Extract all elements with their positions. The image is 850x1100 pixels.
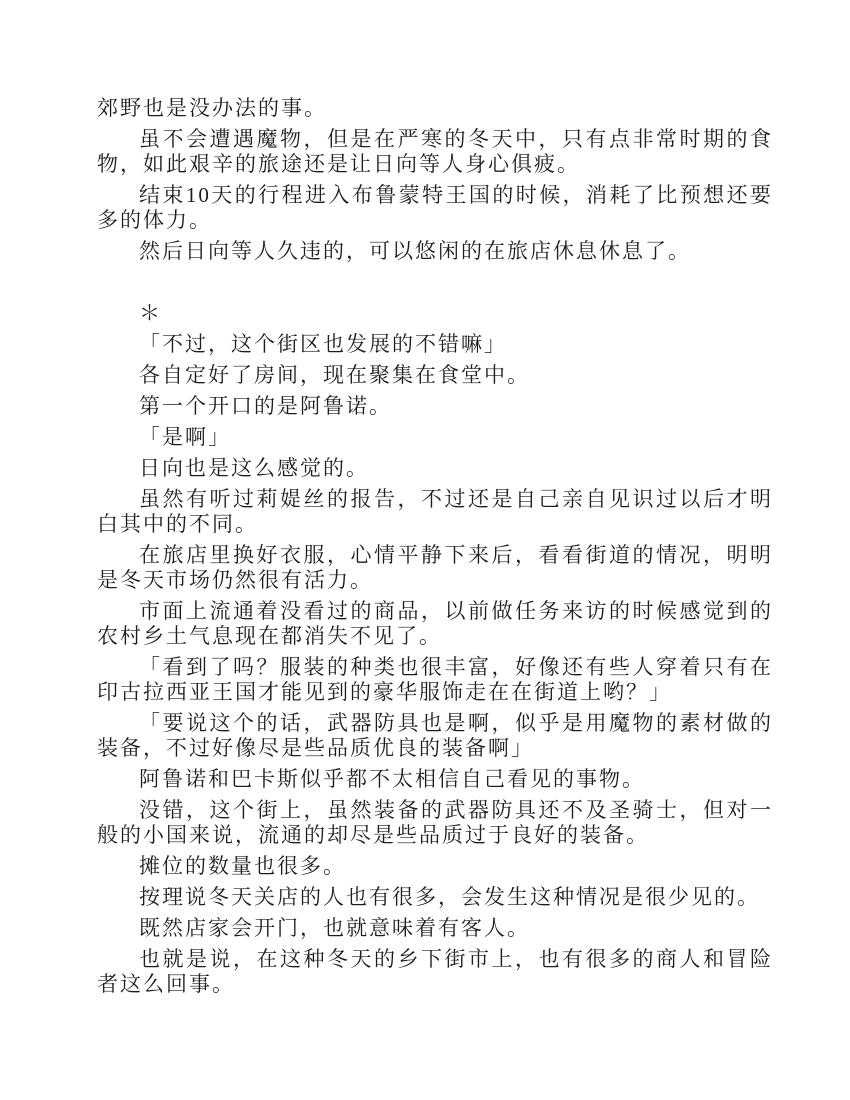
paragraph: 市面上流通着没看过的商品，以前做任务来访的时候感觉到的农村乡土气息现在都消失不见… <box>97 599 773 649</box>
paragraph: 按理说冬天关店的人也有很多，会发生这种情况是很少见的。 <box>97 885 773 910</box>
paragraph: 结束10天的行程进入布鲁蒙特王国的时候，消耗了比预想还要多的体力。 <box>97 183 773 233</box>
blank-line <box>97 270 773 295</box>
text-body: 郊野也是没办法的事。虽不会遭遇魔物，但是在严寒的冬天中，只有点非常时期的食物，如… <box>97 96 773 997</box>
paragraph: 在旅店里换好衣服，心情平静下来后，看看街道的情况，明明是冬天市场仍然很有活力。 <box>97 543 773 593</box>
section-divider: ＊ <box>97 301 773 326</box>
paragraph: 第一个开口的是阿鲁诺。 <box>97 394 773 419</box>
document-page: 郊野也是没办法的事。虽不会遭遇魔物，但是在严寒的冬天中，只有点非常时期的食物，如… <box>0 0 850 1100</box>
paragraph: 阿鲁诺和巴卡斯似乎都不太相信自己看见的事物。 <box>97 767 773 792</box>
paragraph: 摊位的数量也很多。 <box>97 854 773 879</box>
paragraph: 「要说这个的话，武器防具也是啊，似乎是用魔物的素材做的装备，不过好像尽是些品质优… <box>97 711 773 761</box>
paragraph: 虽不会遭遇魔物，但是在严寒的冬天中，只有点非常时期的食物，如此艰辛的旅途还是让日… <box>97 127 773 177</box>
paragraph: 日向也是这么感觉的。 <box>97 456 773 481</box>
paragraph: 「看到了吗？服装的种类也很丰富，好像还有些人穿着只有在印古拉西亚王国才能见到的豪… <box>97 655 773 705</box>
paragraph: 虽然有听过莉媞丝的报告，不过还是自己亲自见识过以后才明白其中的不同。 <box>97 487 773 537</box>
paragraph: 「是啊」 <box>97 425 773 450</box>
paragraph: 「不过，这个街区也发展的不错嘛」 <box>97 332 773 357</box>
paragraph: 既然店家会开门，也就意味着有客人。 <box>97 916 773 941</box>
paragraph: 各自定好了房间，现在聚集在食堂中。 <box>97 363 773 388</box>
paragraph: 也就是说，在这种冬天的乡下街市上，也有很多的商人和冒险者这么回事。 <box>97 947 773 997</box>
paragraph: 郊野也是没办法的事。 <box>97 96 773 121</box>
paragraph: 然后日向等人久违的，可以悠闲的在旅店休息休息了。 <box>97 239 773 264</box>
paragraph: 没错，这个街上，虽然装备的武器防具还不及圣骑士，但对一般的小国来说，流通的却尽是… <box>97 798 773 848</box>
